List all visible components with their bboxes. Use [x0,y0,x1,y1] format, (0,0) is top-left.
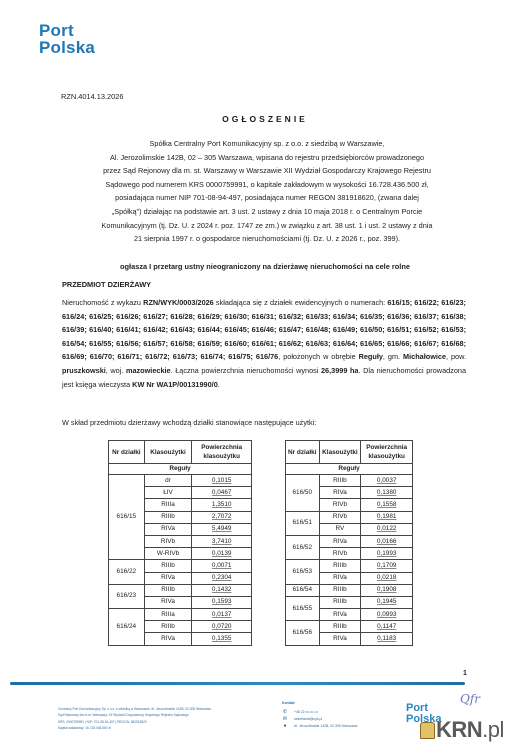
table-row: 616/23RIIIb0,1432 [109,584,252,596]
section-heading: PRZEDMIOT DZIERŻAWY [62,280,151,289]
watermark-text: KRN [436,717,482,742]
land-class: RIVa [319,535,361,547]
land-class: RIIIa [144,609,192,621]
table-row: 616/55RIIIb0,1945 [286,596,413,608]
class-area: 0,0218 [361,572,413,584]
contact-email: sekretariat@cpk.pl [294,717,322,721]
watermark-suffix: .pl [482,717,504,742]
intro-line: 21 sierpnia 1997 r. o gospodarce nieruch… [62,232,472,246]
parcel-number: 616/24 [109,609,145,646]
land-class: RIVb [144,535,192,547]
class-area: 0,1993 [361,548,413,560]
class-area: 0,1380 [361,487,413,499]
land-class: RIVb [319,511,361,523]
land-use-table-left: Nr działki Klasoużytki Powierzchnia klas… [108,440,252,646]
text-fragment: , woj. [106,366,126,375]
company-info-line: Kapitał zakładowy: 16.728.436.500 zł [58,725,248,731]
mail-icon: ✉ [282,716,288,722]
intro-line: Sądowego pod numerem KRS 0000759991, o k… [62,178,472,192]
parcel-number: 616/53 [286,560,320,584]
parcel-number: 616/22 [109,560,145,584]
intro-line: „Spółką") działając na podstawie art. 3 … [62,205,472,219]
text-fragment: . Łączna powierzchnia nieruchomości wyno… [171,366,321,375]
total-area: 26,3999 ha [321,366,358,375]
table-lead-text: W skład przedmiotu dzierżawy wchodzą dzi… [62,418,316,427]
house-icon [420,722,435,739]
class-area: 0,2304 [192,572,252,584]
class-area: 0,0122 [361,523,413,535]
land-class: RV [319,523,361,535]
table-row: 616/22RIIIb0,0071 [109,560,252,572]
table-row: 616/53RIIIb0,1709 [286,560,413,572]
location-pin-icon: ● [282,723,288,729]
class-area: 0,0139 [192,548,252,560]
class-area: 0,0137 [192,609,252,621]
contact-email-row: ✉ sekretariat@cpk.pl [282,715,357,722]
table-row: 616/54RIIIb0,1908 [286,584,413,596]
text-fragment: . [218,380,220,389]
land-class: RIIIb [319,584,361,596]
port-polska-logo: Port Polska [39,22,95,56]
land-class: RIVa [144,633,192,645]
list-reference: RZN/WYK/0003/2026 [143,298,214,307]
class-area: 0,1355 [192,633,252,645]
land-class: RIIIb [144,511,192,523]
class-area: 0,0720 [192,621,252,633]
class-area: 0,1908 [361,584,413,596]
land-class: RIVa [144,572,192,584]
class-area: 0,1593 [192,596,252,608]
parcel-number: 616/55 [286,596,320,620]
land-class: RIVb [319,499,361,511]
contact-address: Al. Jerozolimskie 142B, 02-305 Warszawa [294,724,357,728]
land-class: RIVa [144,523,192,535]
footer-divider [10,682,465,685]
header-land-class: Klasoużytki [319,441,361,464]
class-area: 2,7072 [192,511,252,523]
county: pruszkowski [62,366,106,375]
land-class: RIVa [319,487,361,499]
class-area: 0,0467 [192,487,252,499]
class-area: 5,4949 [192,523,252,535]
land-class: RIIIb [319,475,361,487]
text-fragment: , pow. [446,352,466,361]
header-parcel-number: Nr działki [286,441,320,464]
signature: Qfr [460,692,480,706]
contact-phone: +48 22 ••• ••• ••• [294,710,318,714]
class-area: 0,1015 [192,475,252,487]
land-class: RIIIa [144,499,192,511]
region-row: Reguły [286,464,413,475]
text-fragment: składająca się z działek ewidencyjnych o… [214,298,388,307]
table-row: 616/52RIVa0,0166 [286,535,413,547]
table-row: 616/56RIIIb0,1147 [286,621,413,633]
region-row: Reguły [109,464,252,475]
parcel-number: 616/51 [286,511,320,535]
intro-paragraph: Spółka Centralny Port Komunikacyjny sp. … [62,137,472,246]
header-class-area: Powierzchnia klasoużytku [192,441,252,464]
land-use-table-right: Nr działki Klasoużytki Powierzchnia klas… [285,440,413,646]
class-area: 0,1709 [361,560,413,572]
page-number: 1 [463,670,467,677]
land-class: RIVa [319,572,361,584]
land-register-number: KW Nr WA1P/00131990/0 [132,380,218,389]
text-fragment: Nieruchomość z wykazu [62,298,143,307]
land-class: W-RIVb [144,548,192,560]
parcel-number: 616/52 [286,535,320,559]
land-class: RIIIb [319,560,361,572]
phone-icon: ✆ [282,709,288,715]
class-area: 0,1183 [361,633,413,645]
header-land-class: Klasoużytki [144,441,192,464]
land-class: RIIIb [319,596,361,608]
land-class: dr [144,475,192,487]
intro-line: Al. Jerozolimskie 142B, 02 – 305 Warszaw… [62,151,472,165]
reference-number: RZN.4014.13.2026 [61,92,123,101]
parcel-number: 616/15 [109,475,145,560]
krn-watermark: KRN.pl [420,717,504,743]
footer-company-info: Centralny Port Komunikacyjny Sp. z o.o. … [58,706,248,732]
class-area: 0,1981 [361,511,413,523]
text-fragment: , położonych w obrębie [278,352,358,361]
land-class: RIIIb [144,584,192,596]
land-class: RIIIb [144,621,192,633]
land-class: RIVb [319,548,361,560]
class-area: 0,1945 [361,596,413,608]
header-class-area: Powierzchnia klasoużytku [361,441,413,464]
land-class: RIVa [319,609,361,621]
precinct: Reguły [359,352,383,361]
property-description: Nieruchomość z wykazu RZN/WYK/0003/2026 … [62,296,466,391]
class-area: 0,1558 [361,499,413,511]
voivodeship: mazowieckie [126,366,171,375]
intro-line: przez Sąd Rejonowy dla m. st. Warszawy w… [62,164,472,178]
class-area: 0,1147 [361,621,413,633]
commune: Michałowice [403,352,446,361]
contact-phone-row: ✆ +48 22 ••• ••• ••• [282,708,357,715]
land-class: RIIIb [319,621,361,633]
parcel-number: 616/56 [286,621,320,645]
class-area: 1,3510 [192,499,252,511]
document-title: OGŁOSZENIE [0,114,530,124]
parcel-number: 616/54 [286,584,320,596]
table-row: 616/15dr0,1015 [109,475,252,487]
intro-line: Spółka Centralny Port Komunikacyjny sp. … [62,137,472,151]
land-class: RIVa [319,633,361,645]
intro-line: Komunikacyjnym (tj. Dz. U. z 2024 r. poz… [62,219,472,233]
table-row: 616/50RIIIb0,0037 [286,475,413,487]
table-row: 616/51RIVb0,1981 [286,511,413,523]
land-class: RIIIb [144,560,192,572]
text-fragment: , gm. [383,352,403,361]
header-parcel-number: Nr działki [109,441,145,464]
logo-line-2: Polska [39,39,95,56]
intro-line: posiadająca numer NIP 701-08-94-497, pos… [62,191,472,205]
class-area: 3,7410 [192,535,252,547]
class-area: 0,0993 [361,609,413,621]
class-area: 0,1432 [192,584,252,596]
announcement-line: ogłasza I przetarg ustny nieograniczony … [0,262,530,271]
class-area: 0,0166 [361,535,413,547]
table-row: 616/24RIIIa0,0137 [109,609,252,621]
parcel-number: 616/23 [109,584,145,608]
class-area: 0,0071 [192,560,252,572]
contact-address-row: ● Al. Jerozolimskie 142B, 02-305 Warszaw… [282,722,357,729]
footer-contact: Kontakt ✆ +48 22 ••• ••• ••• ✉ sekretari… [282,701,357,729]
land-class: RIVa [144,596,192,608]
contact-heading: Kontakt [282,701,357,705]
land-class: ŁIV [144,487,192,499]
class-area: 0,0037 [361,475,413,487]
parcel-number: 616/50 [286,475,320,512]
